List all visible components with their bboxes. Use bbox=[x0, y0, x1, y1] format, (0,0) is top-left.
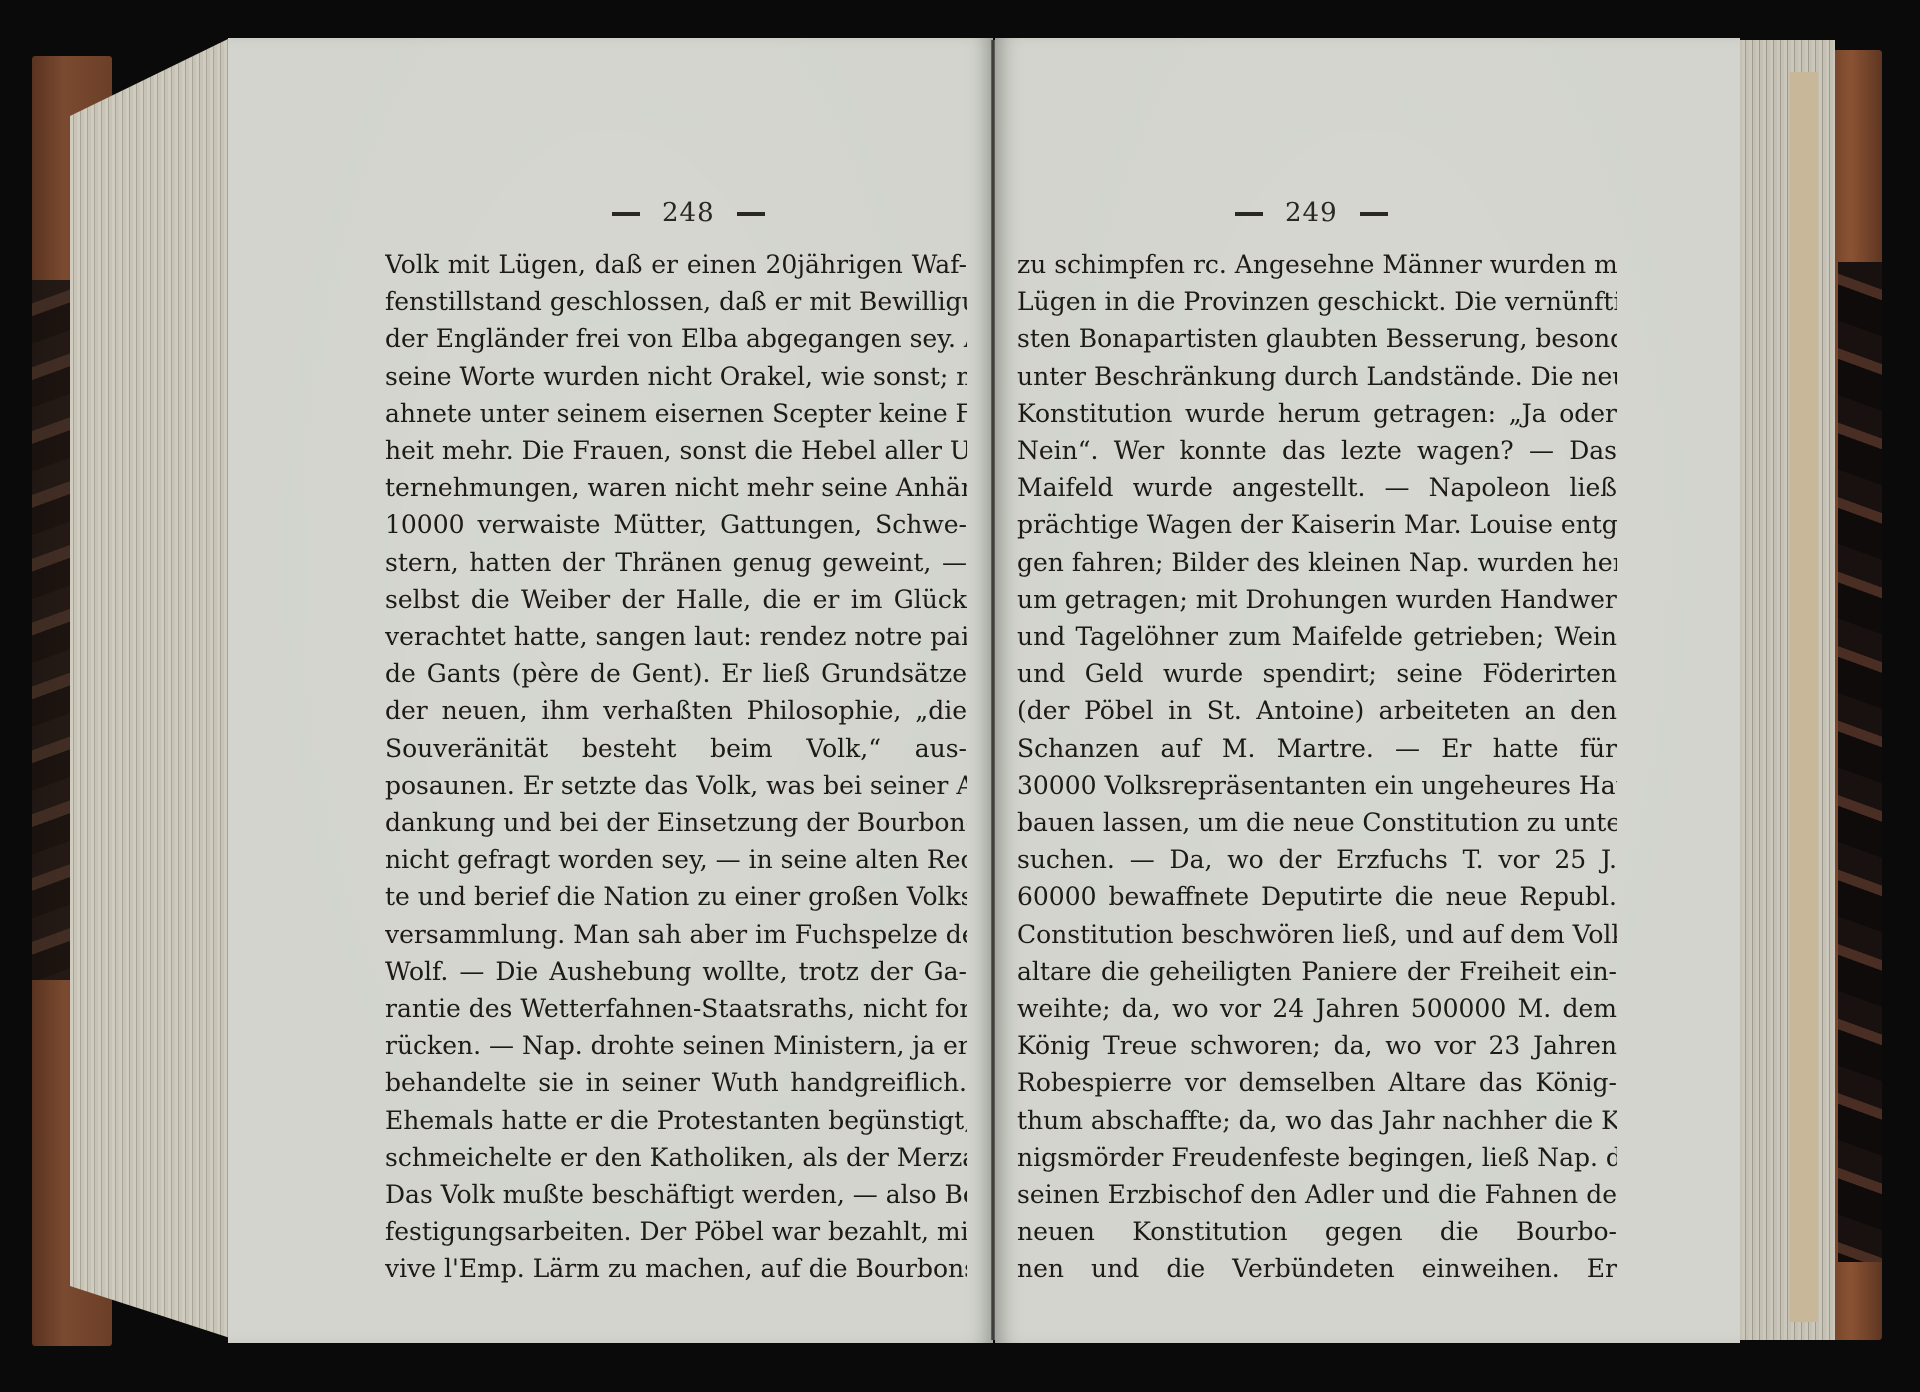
text-line: Ehemals hatte er die Protestanten begüns… bbox=[385, 1102, 967, 1139]
text-line: schmeichelte er den Katholiken, als der … bbox=[385, 1139, 967, 1176]
text-line: sten Bonapartisten glaubten Besserung, b… bbox=[1017, 320, 1617, 357]
text-line: Schanzen auf M. Martre. — Er hatte für bbox=[1017, 730, 1617, 767]
page-number-left: 248 bbox=[590, 198, 787, 228]
text-line: vive l'Emp. Lärm zu machen, auf die Bour… bbox=[385, 1250, 967, 1287]
text-line: um getragen; mit Drohungen wurden Handwe… bbox=[1017, 581, 1617, 618]
book-gutter bbox=[991, 40, 995, 1340]
folio-dash bbox=[1235, 212, 1263, 216]
text-line: gen fahren; Bilder des kleinen Nap. wurd… bbox=[1017, 544, 1617, 581]
page-number-right: 249 bbox=[1213, 198, 1410, 228]
text-line: der neuen, ihm verhaßten Philosophie, „d… bbox=[385, 692, 967, 729]
text-line: bauen lassen, um die neue Constitution z… bbox=[1017, 804, 1617, 841]
text-line: und Tagelöhner zum Maifelde getrieben; W… bbox=[1017, 618, 1617, 655]
text-line: fenstillstand geschlossen, daß er mit Be… bbox=[385, 283, 967, 320]
text-line: 30000 Volksrepräsentanten ein ungeheures… bbox=[1017, 767, 1617, 804]
text-line: König Treue schworen; da, wo vor 23 Jahr… bbox=[1017, 1027, 1617, 1064]
text-line: thum abschaffte; da, wo das Jahr nachher… bbox=[1017, 1102, 1617, 1139]
text-line: 60000 bewaffnete Deputirte die neue Repu… bbox=[1017, 878, 1617, 915]
text-line: Maifeld wurde angestellt. — Napoleon lie… bbox=[1017, 469, 1617, 506]
text-line: dankung und bei der Einsetzung der Bourb… bbox=[385, 804, 967, 841]
right-page: 249 zu schimpfen rc. Angesehne Männer wu… bbox=[995, 38, 1740, 1343]
text-line: suchen. — Da, wo der Erzfuchs T. vor 25 … bbox=[1017, 841, 1617, 878]
open-book-photo: 248 Volk mit Lügen, daß er einen 20jähri… bbox=[0, 0, 1920, 1392]
text-line: (der Pöbel in St. Antoine) arbeiteten an… bbox=[1017, 692, 1617, 729]
text-line: weihte; da, wo vor 24 Jahren 500000 M. d… bbox=[1017, 990, 1617, 1027]
left-cover-marbled-board bbox=[32, 280, 72, 980]
text-line: te und berief die Nation zu einer großen… bbox=[385, 878, 967, 915]
text-line: ahnete unter seinem eisernen Scepter kei… bbox=[385, 395, 967, 432]
text-line: festigungsarbeiten. Der Pöbel war bezahl… bbox=[385, 1213, 967, 1250]
text-line: selbst die Weiber der Halle, die er im G… bbox=[385, 581, 967, 618]
text-line: Souveränität besteht beim Volk,“ aus- bbox=[385, 730, 967, 767]
text-line: de Gants (père de Gent). Er ließ Grundsä… bbox=[385, 655, 967, 692]
text-line: Lügen in die Provinzen geschickt. Die ve… bbox=[1017, 283, 1617, 320]
right-page-stack bbox=[1735, 40, 1835, 1340]
text-line: unter Beschränkung durch Landstände. Die… bbox=[1017, 358, 1617, 395]
text-line: neuen Konstitution gegen die Bourbo- bbox=[1017, 1213, 1617, 1250]
text-line: Robespierre vor demselben Altare das Kön… bbox=[1017, 1064, 1617, 1101]
folio-dash bbox=[612, 212, 640, 216]
text-line: nicht gefragt worden sey, — in seine alt… bbox=[385, 841, 967, 878]
left-page-stack bbox=[70, 38, 230, 1338]
text-line: prächtige Wagen der Kaiserin Mar. Louise… bbox=[1017, 506, 1617, 543]
text-line: Nein“. Wer konnte das lezte wagen? — Das bbox=[1017, 432, 1617, 469]
page-number-text: 249 bbox=[1285, 198, 1338, 228]
text-line: Volk mit Lügen, daß er einen 20jährigen … bbox=[385, 246, 967, 283]
right-flyleaf bbox=[1790, 72, 1818, 1322]
text-line: behandelte sie in seiner Wuth handgreifl… bbox=[385, 1064, 967, 1101]
text-line: altare die geheiligten Paniere der Freih… bbox=[1017, 953, 1617, 990]
text-line: verachtet hatte, sangen laut: rendez not… bbox=[385, 618, 967, 655]
text-line: seinen Erzbischof den Adler und die Fahn… bbox=[1017, 1176, 1617, 1213]
page-number-text: 248 bbox=[662, 198, 715, 228]
text-line: Konstitution wurde herum getragen: „Ja o… bbox=[1017, 395, 1617, 432]
text-line: seine Worte wurden nicht Orakel, wie son… bbox=[385, 358, 967, 395]
left-page: 248 Volk mit Lügen, daß er einen 20jähri… bbox=[228, 38, 993, 1343]
text-line: der Engländer frei von Elba abgegangen s… bbox=[385, 320, 967, 357]
text-line: Wolf. — Die Aushebung wollte, trotz der … bbox=[385, 953, 967, 990]
text-line: heit mehr. Die Frauen, sonst die Hebel a… bbox=[385, 432, 967, 469]
text-line: nigsmörder Freudenfeste begingen, ließ N… bbox=[1017, 1139, 1617, 1176]
right-cover-marbled-board bbox=[1838, 262, 1882, 1262]
text-line: Das Volk mußte beschäftigt werden, — als… bbox=[385, 1176, 967, 1213]
folio-dash bbox=[737, 212, 765, 216]
text-line: Constitution beschwören ließ, und auf de… bbox=[1017, 916, 1617, 953]
text-line: und Geld wurde spendirt; seine Föderirte… bbox=[1017, 655, 1617, 692]
text-line: rantie des Wetterfahnen-Staatsraths, nic… bbox=[385, 990, 967, 1027]
text-line: 10000 verwaiste Mütter, Gattungen, Schwe… bbox=[385, 506, 967, 543]
text-line: posaunen. Er setzte das Volk, was bei se… bbox=[385, 767, 967, 804]
right-page-text: zu schimpfen rc. Angesehne Männer wurden… bbox=[1017, 246, 1617, 1288]
folio-dash bbox=[1360, 212, 1388, 216]
text-line: zu schimpfen rc. Angesehne Männer wurden… bbox=[1017, 246, 1617, 283]
text-line: versammlung. Man sah aber im Fuchspelze … bbox=[385, 916, 967, 953]
text-line: stern, hatten der Thränen genug geweint,… bbox=[385, 544, 967, 581]
text-line: ternehmungen, waren nicht mehr seine Anh… bbox=[385, 469, 967, 506]
left-page-text: Volk mit Lügen, daß er einen 20jährigen … bbox=[385, 246, 967, 1288]
text-line: rücken. — Nap. drohte seinen Ministern, … bbox=[385, 1027, 967, 1064]
text-line: nen und die Verbündeten einweihen. Er bbox=[1017, 1250, 1617, 1287]
